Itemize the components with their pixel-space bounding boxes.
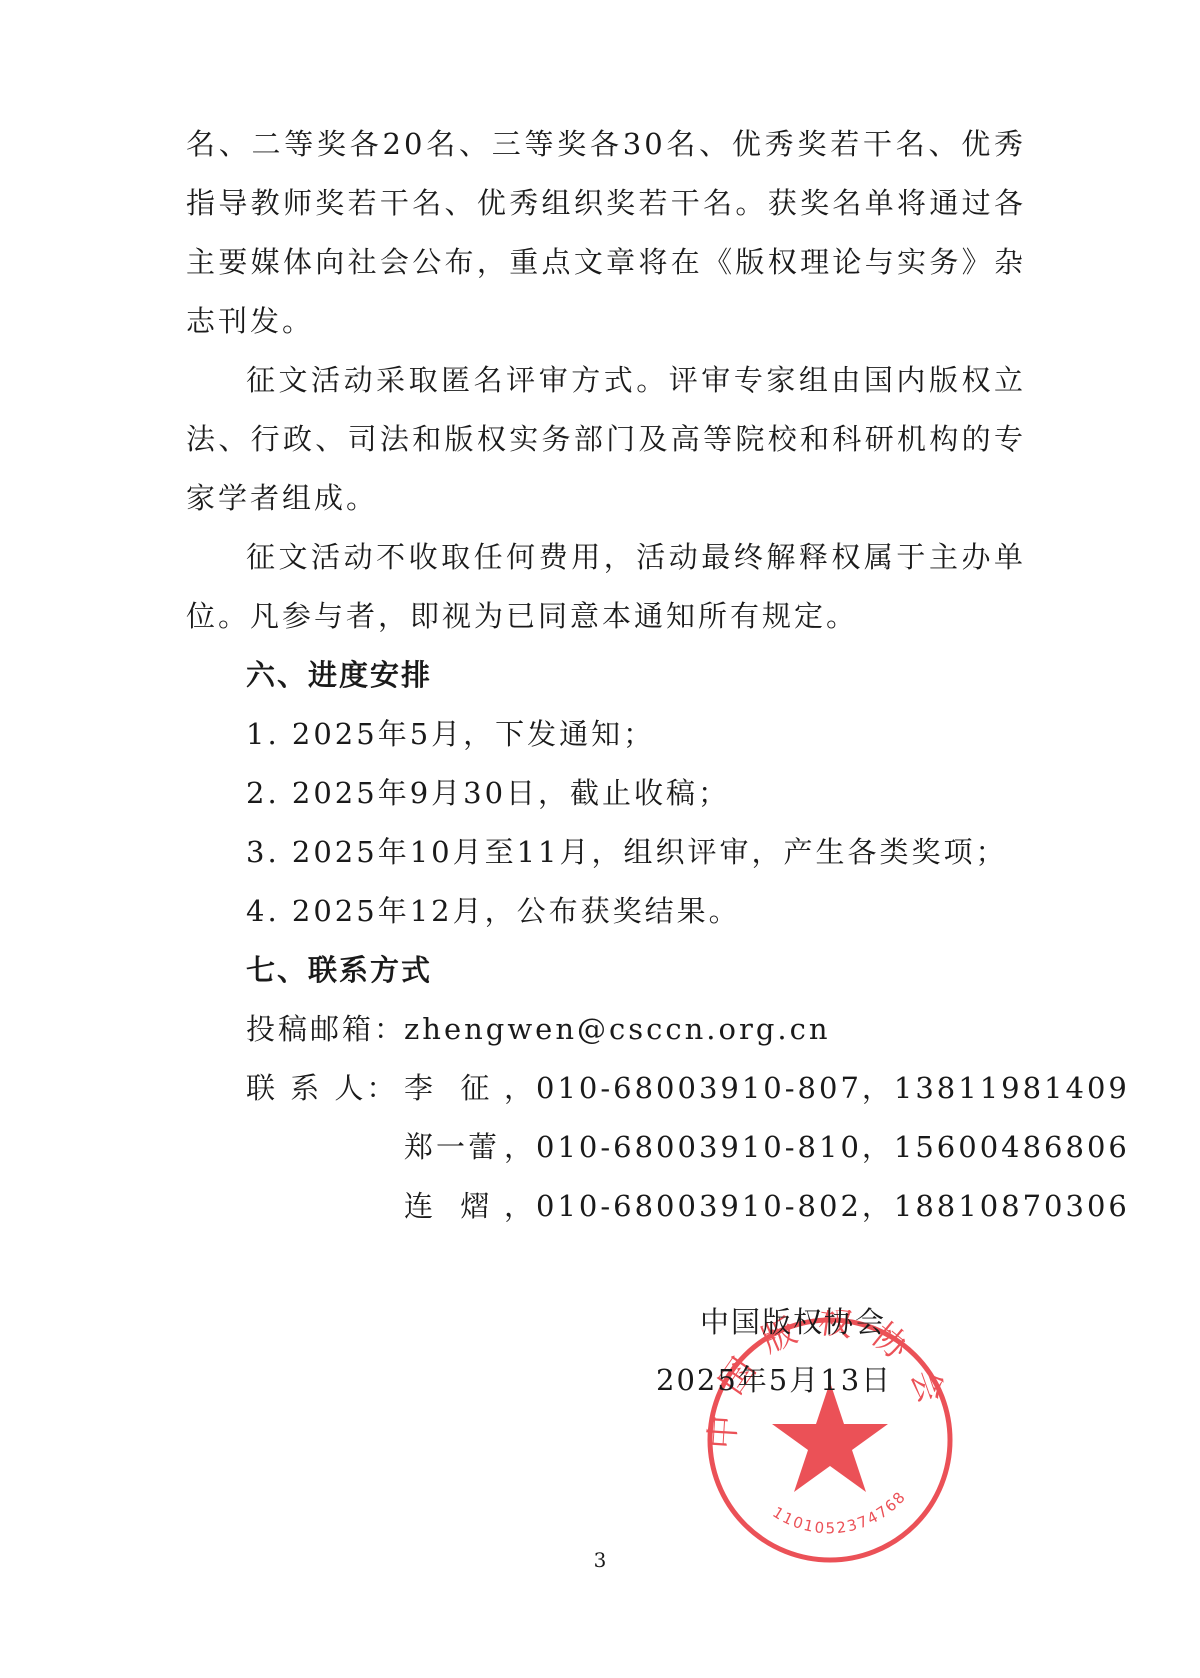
contact-info: ，010-68003910-810，15600486806: [504, 1130, 1130, 1164]
schedule-item: 1. 2025年5月，下发通知；: [246, 714, 1086, 754]
contact-name: 郑一蕾: [404, 1127, 504, 1167]
schedule-item: 3. 2025年10月至11月，组织评审，产生各类奖项；: [246, 832, 1086, 872]
schedule-item: 4. 2025年12月，公布获奖结果。: [246, 891, 1086, 931]
paragraph-line: 征文活动采取匿名评审方式。评审专家组由国内版权立: [246, 360, 1026, 400]
contact-row: 联 系 人：李 征，010-68003910-807，13811981409: [246, 1068, 1086, 1108]
contact-name: 李 征: [404, 1068, 504, 1108]
paragraph-line: 主要媒体向社会公布，重点文章将在《版权理论与实务》杂: [186, 242, 1026, 282]
paragraph-line: 法、行政、司法和版权实务部门及高等院校和科研机构的专: [186, 419, 1026, 459]
page-number: 3: [0, 1548, 1200, 1572]
section-heading-contact: 七、联系方式: [246, 950, 1086, 990]
signature-date: 2025年5月13日: [656, 1360, 892, 1400]
signature-organization: 中国版权协会: [700, 1302, 886, 1342]
paragraph-line: 征文活动不收取任何费用，活动最终解释权属于主办单: [246, 537, 1026, 577]
official-seal-stamp-icon: 中国版权协会 1101052374768: [700, 1310, 960, 1570]
paragraph-line: 志刊发。: [186, 301, 1026, 341]
contact-row: 郑一蕾，010-68003910-810，15600486806: [246, 1127, 1086, 1167]
section-heading-schedule: 六、进度安排: [246, 655, 1086, 695]
paragraph-line: 指导教师奖若干名、优秀组织奖若干名。获奖名单将通过各: [186, 183, 1026, 223]
contact-row: 连 熠，010-68003910-802，18810870306: [246, 1186, 1086, 1226]
contacts-label: 联 系 人：: [246, 1068, 404, 1108]
contact-info: ，010-68003910-807，13811981409: [504, 1071, 1130, 1105]
email-row: 投稿邮箱：zhengwen@csccn.org.cn: [246, 1009, 1086, 1049]
contact-info: ，010-68003910-802，18810870306: [504, 1189, 1130, 1223]
paragraph-line: 位。凡参与者，即视为已同意本通知所有规定。: [186, 596, 1026, 636]
email-address[interactable]: zhengwen@csccn.org.cn: [404, 1012, 831, 1046]
paragraph-line: 家学者组成。: [186, 478, 1026, 518]
svg-text:1101052374768: 1101052374768: [769, 1487, 910, 1537]
email-label: 投稿邮箱：: [246, 1009, 404, 1049]
contact-name: 连 熠: [404, 1186, 504, 1226]
schedule-item: 2. 2025年9月30日，截止收稿；: [246, 773, 1086, 813]
document-page: 名、二等奖各20名、三等奖各30名、优秀奖若干名、优秀 指导教师奖若干名、优秀组…: [0, 0, 1200, 1678]
paragraph-line: 名、二等奖各20名、三等奖各30名、优秀奖若干名、优秀: [186, 124, 1026, 164]
